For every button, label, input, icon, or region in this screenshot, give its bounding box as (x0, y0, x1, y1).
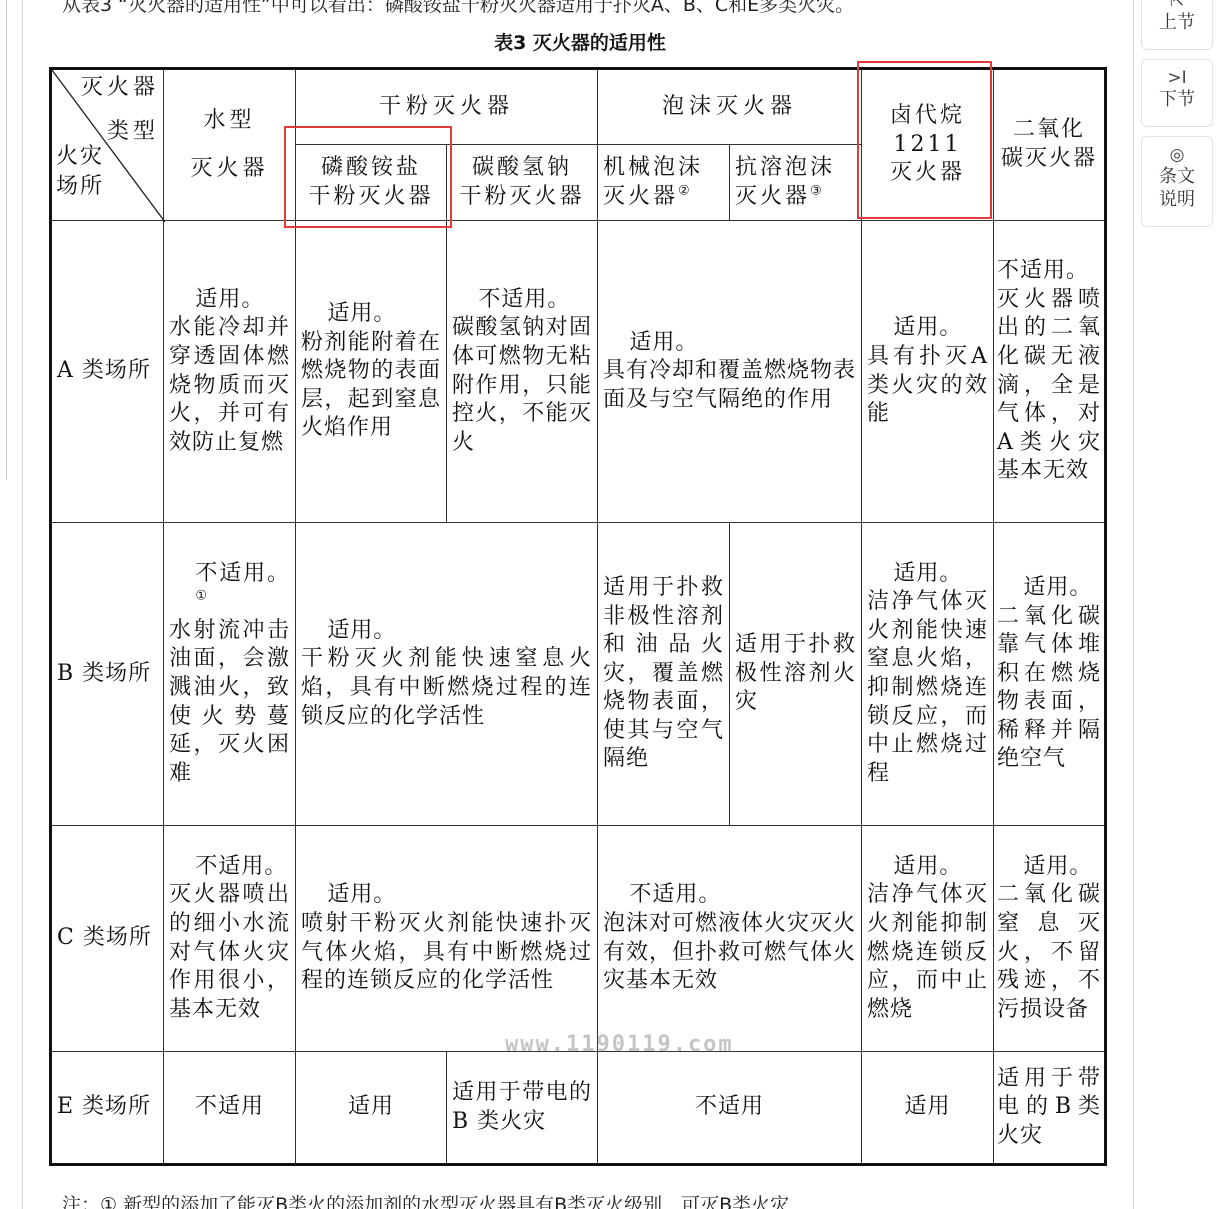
header-dry-powder: 干粉灭火器 (296, 69, 598, 145)
cell-b-water: 不适用。①水射流冲击油面，会激溅油火，致使火势蔓延，灭火困难 (164, 523, 296, 826)
cell-c-foam: 不适用。泡沫对可燃液体火灾灭火有效，但扑救可燃气体火灾基本无效 (598, 826, 862, 1052)
table-caption: 表3 灭火器的适用性 (0, 28, 1160, 55)
corner-type-label: 灭火器 (81, 74, 159, 103)
cell-a-halon: 适用。具有扑灭A类火灾的效能 (862, 221, 994, 523)
row-label-a: A 类场所 (51, 221, 164, 523)
corner-place-label: 火灾场所 (56, 142, 104, 202)
cell-e-foam: 不适用 (598, 1052, 862, 1165)
cell-e-sodium-bicarbonate: 适用于带电的 B 类火灾 (447, 1052, 598, 1165)
cell-b-dry-powder: 适用。干粉灭火剂能快速窒息火焰，具有中断燃烧过程的连锁反应的化学活性 (296, 523, 598, 826)
arrow-up-left-icon: ⇱ (1142, 0, 1212, 11)
extinguisher-suitability-table: 灭火器 类型 火灾场所 水型灭火器 干粉灭火器 泡沫灭火器 卤代烷1211灭火器… (49, 67, 1107, 1166)
cell-b-co2: 适用。二氧化碳靠气体堆积在燃烧物表面，稀释并隔绝空气 (994, 523, 1106, 826)
header-water: 水型灭火器 (164, 69, 296, 221)
table-row-b: B 类场所 不适用。①水射流冲击油面，会激溅油火，致使火势蔓延，灭火困难 适用。… (51, 523, 1106, 826)
cell-e-ammonium-phosphate: 适用 (296, 1052, 447, 1165)
corner-type-label-2: 类型 (107, 118, 159, 147)
row-label-b: B 类场所 (51, 523, 164, 826)
cell-c-water: 不适用。灭火器喷出的细小水流对气体火灾作用很小，基本无效 (164, 826, 296, 1052)
header-mechanical-foam: 机械泡沫灭火器② (598, 145, 730, 221)
watermark: www.1190119.com (505, 1032, 734, 1057)
header-sodium-bicarbonate: 碳酸氢钠干粉灭火器 (447, 145, 598, 221)
cell-b-mechanical-foam: 适用于扑救非极性溶剂和油品火灾，覆盖燃烧物表面，使其与空气隔绝 (598, 523, 730, 826)
eye-icon: ◎ (1142, 145, 1212, 165)
cell-a-water: 适用。水能冷却并穿透固体燃烧物质而灭火，并可有效防止复燃 (164, 221, 296, 523)
cell-a-co2: 不适用。灭火器喷出的二氧化碳无液滴，全是气体，对A类火灾基本无效 (994, 221, 1106, 523)
row-label-c: C 类场所 (51, 826, 164, 1052)
corner-header: 灭火器 类型 火灾场所 (51, 69, 164, 221)
cell-b-alcohol-resistant-foam: 适用于扑救极性溶剂火灾 (730, 523, 862, 826)
prev-section-button[interactable]: ⇱ 上节 (1141, 0, 1213, 50)
cell-e-water: 不适用 (164, 1052, 296, 1165)
clause-explanation-button[interactable]: ◎ 条文 说明 (1141, 136, 1213, 227)
cell-e-halon: 适用 (862, 1052, 994, 1165)
prev-section-label: 上节 (1142, 11, 1212, 34)
footnote: 注：① 新型的添加了能灭B类火的添加剂的水型灭火器具有B类灭火级别，可灭B类火灾 (62, 1190, 789, 1209)
cell-a-foam: 适用。具有冷却和覆盖燃烧物表面及与空气隔绝的作用 (598, 221, 862, 523)
left-divider (22, 0, 23, 1209)
right-divider (1133, 0, 1134, 1209)
header-foam: 泡沫灭火器 (598, 69, 862, 145)
table-row-e: E 类场所 不适用 适用 适用于带电的 B 类火灾 不适用 适用 适用于带电的B… (51, 1052, 1106, 1165)
intro-text: 从表3 “灭火器的适用性”中可以看出：磷酸铵盐干粉灭火器适用于扑灭A、B、C和E… (62, 0, 854, 17)
left-panel-edge (0, 0, 7, 480)
cell-c-dry-powder: 适用。喷射干粉灭火剂能快速扑灭气体火焰，具有中断燃烧过程的连锁反应的化学活性 (296, 826, 598, 1052)
header-halon-1211: 卤代烷1211灭火器 (862, 69, 994, 221)
table-row-a: A 类场所 适用。水能冷却并穿透固体燃烧物质而灭火，并可有效防止复燃 适用。粉剂… (51, 221, 1106, 523)
skip-next-icon: >I (1142, 68, 1212, 88)
cell-c-halon: 适用。洁净气体灭火剂能抑制燃烧连锁反应，而中止燃烧 (862, 826, 994, 1052)
header-ammonium-phosphate: 磷酸铵盐干粉灭火器 (296, 145, 447, 221)
cell-e-co2: 适用于带电的B类火灾 (994, 1052, 1106, 1165)
next-section-label: 下节 (1142, 88, 1212, 111)
table-row-c: C 类场所 不适用。灭火器喷出的细小水流对气体火灾作用很小，基本无效 适用。喷射… (51, 826, 1106, 1052)
next-section-button[interactable]: >I 下节 (1141, 59, 1213, 127)
clause-explanation-label-2: 说明 (1142, 188, 1212, 211)
cell-a-ammonium-phosphate: 适用。粉剂能附着在燃烧物的表面层，起到窒息火焰作用 (296, 221, 447, 523)
cell-c-co2: 适用。二氧化碳窒息灭火，不留残迹，不污损设备 (994, 826, 1106, 1052)
cell-b-halon: 适用。洁净气体灭火剂能快速窒息火焰，抑制燃烧连锁反应，而中止燃烧过程 (862, 523, 994, 826)
row-label-e: E 类场所 (51, 1052, 164, 1165)
header-co2: 二氧化碳灭火器 (994, 69, 1106, 221)
header-alcohol-resistant-foam: 抗溶泡沫灭火器③ (730, 145, 862, 221)
clause-explanation-label-1: 条文 (1142, 165, 1212, 188)
cell-a-sodium-bicarbonate: 不适用。碳酸氢钠对固体可燃物无粘附作用，只能控火，不能灭火 (447, 221, 598, 523)
